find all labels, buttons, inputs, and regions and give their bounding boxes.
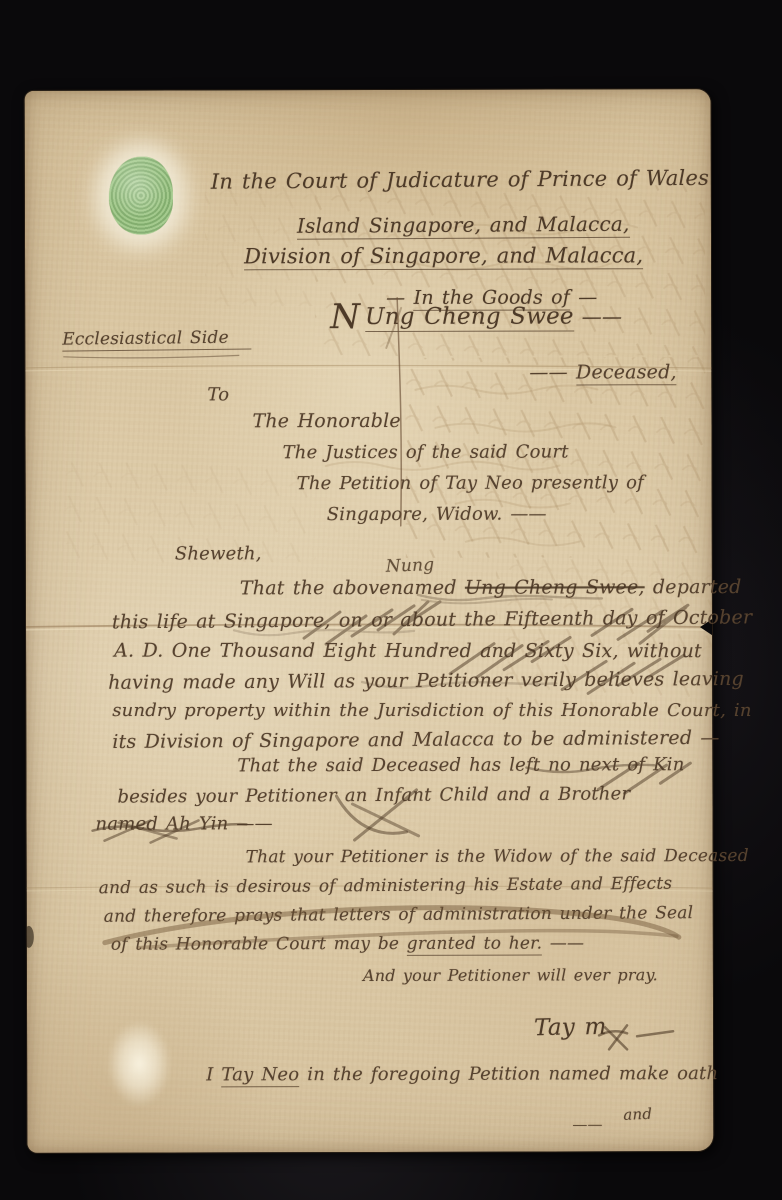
ink-marks-overlay	[25, 89, 714, 1153]
paragraph2-scribbles	[92, 763, 690, 843]
crossout-hatches	[234, 594, 688, 694]
sweeping-strikeout	[105, 907, 679, 948]
signature-mark-scribble	[599, 1025, 673, 1049]
scan-background: In the Court of Judicature of Prince of …	[0, 0, 782, 1200]
document-page: In the Court of Judicature of Prince of …	[25, 89, 714, 1153]
vertical-pen-line	[386, 298, 402, 526]
